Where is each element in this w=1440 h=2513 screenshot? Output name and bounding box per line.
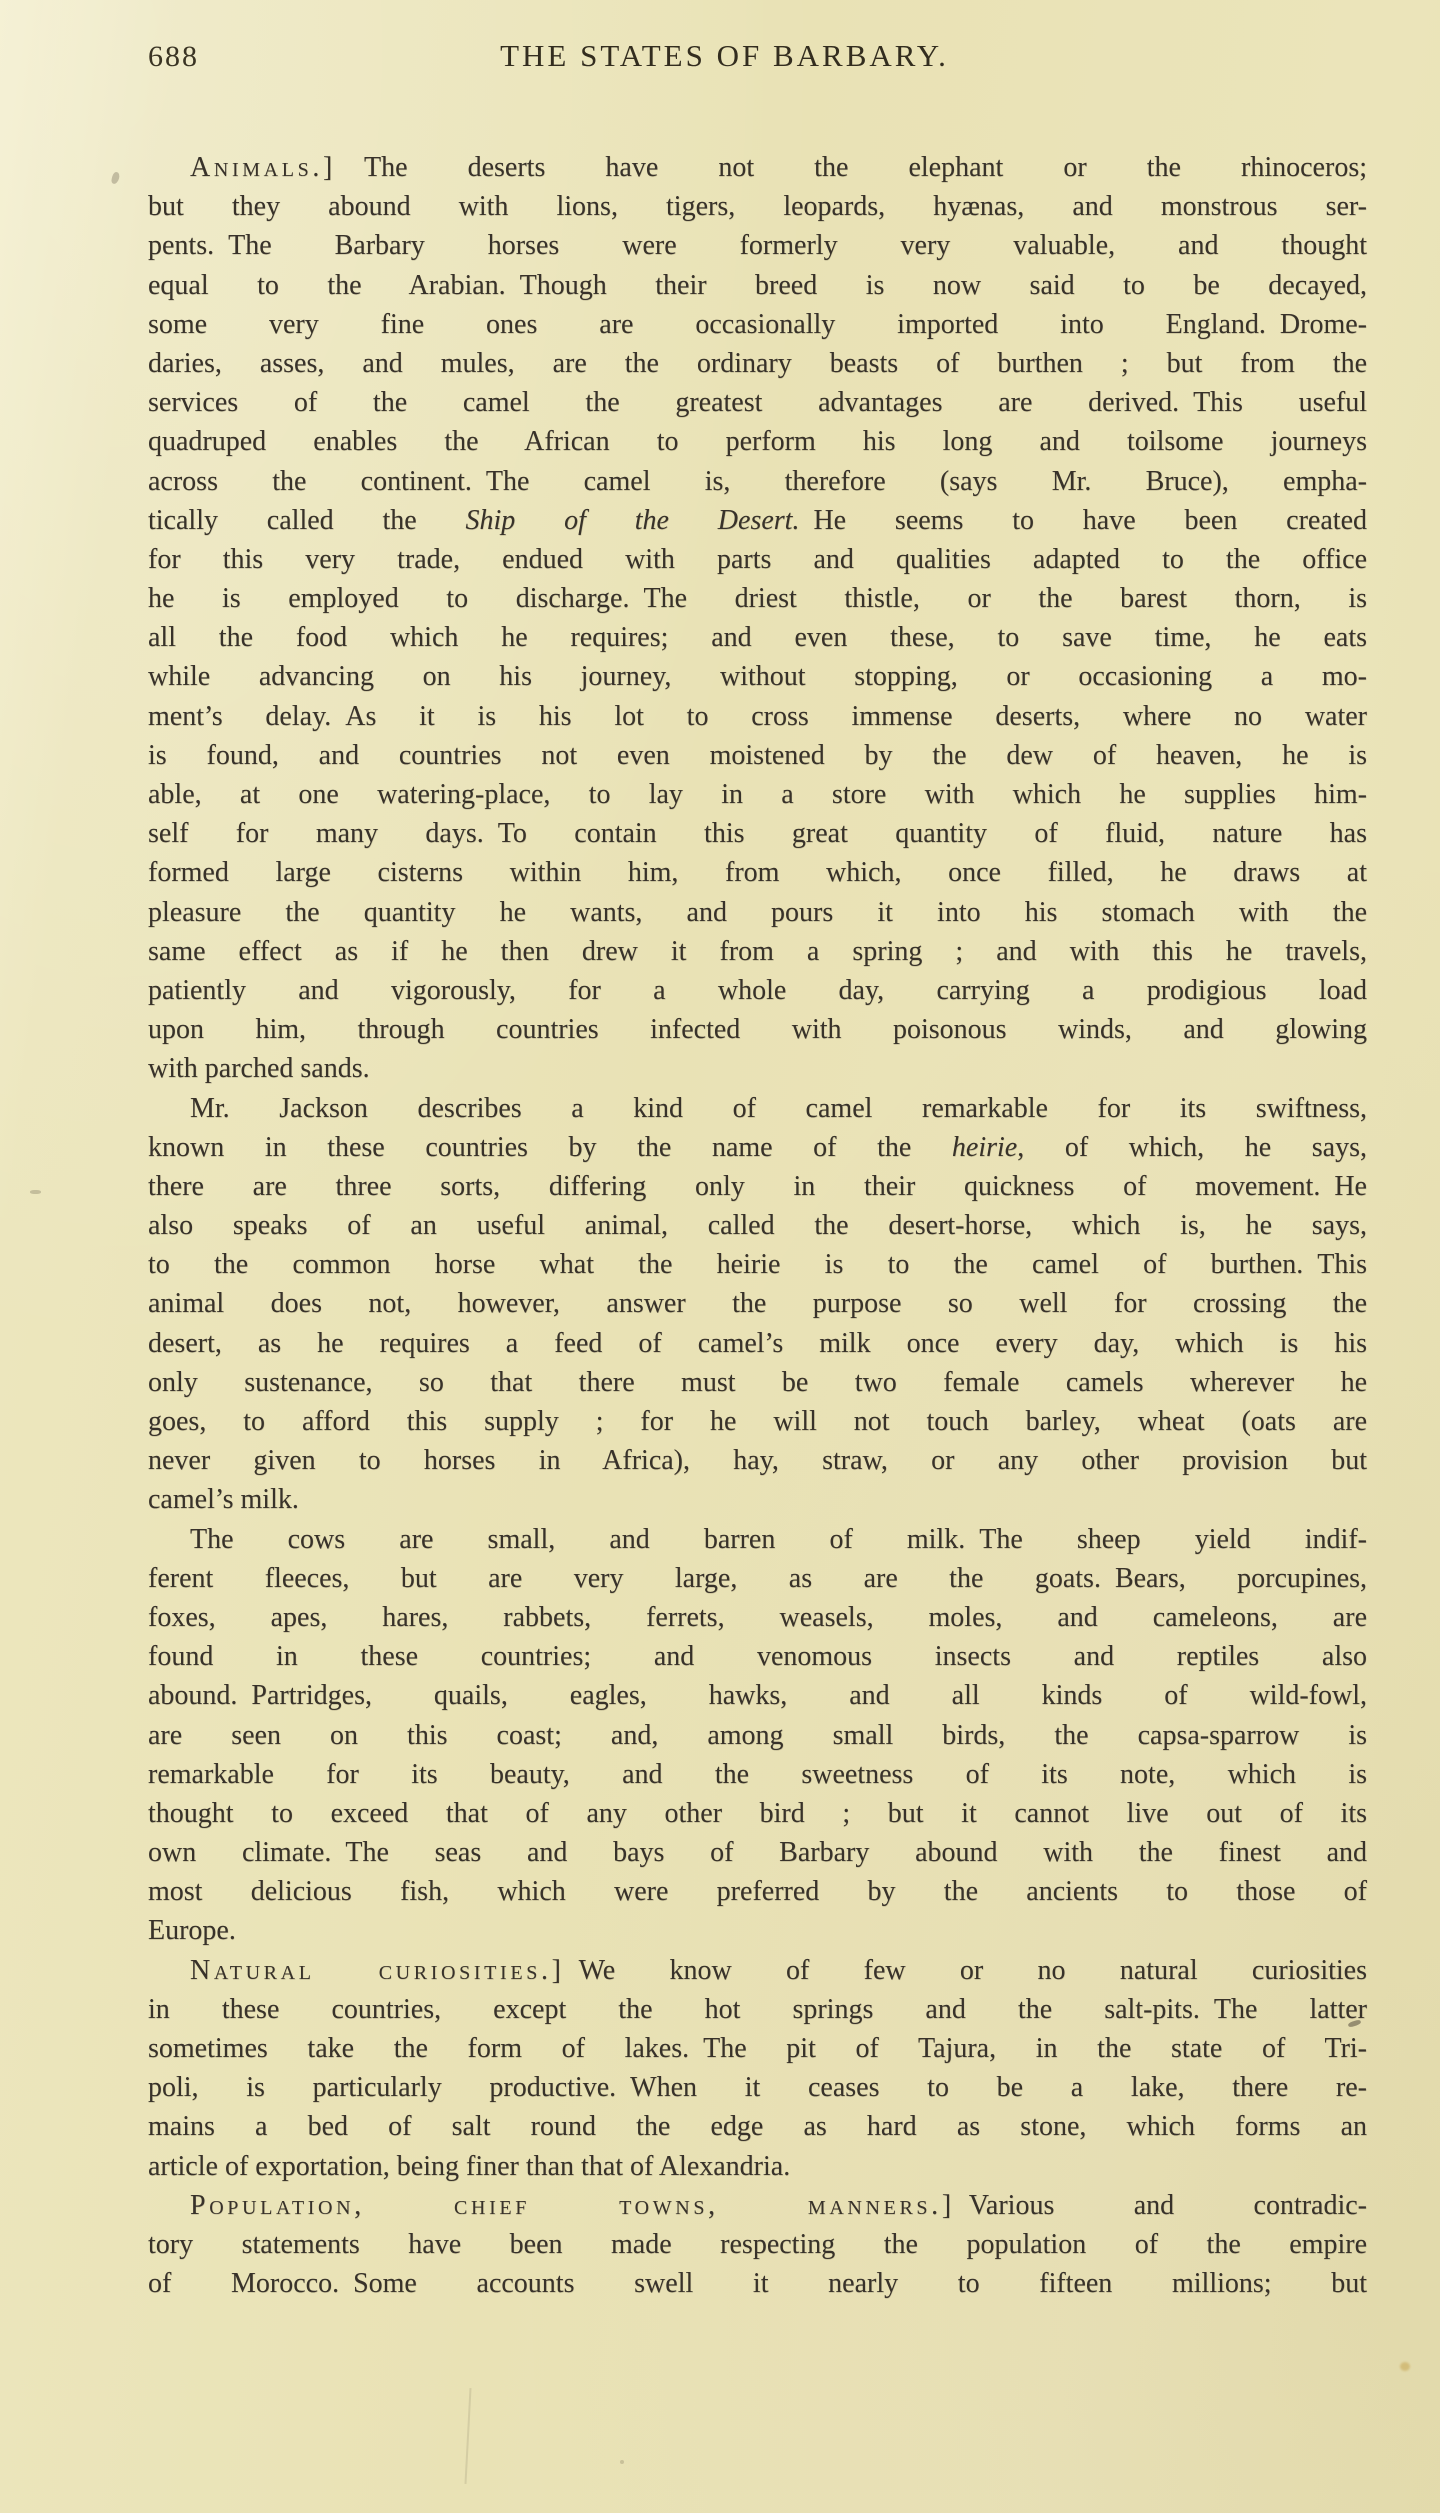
text-line: are seen on this coast; and, among small… — [148, 1716, 1367, 1755]
text-segment: ment’s delay. As it is his lot to cross … — [148, 701, 1367, 732]
text-line: pleasure the quantity he wants, and pour… — [148, 893, 1367, 932]
text-line: to the common horse what the heirie is t… — [148, 1245, 1367, 1284]
text-line: daries, asses, and mules, are the ordina… — [148, 344, 1367, 383]
text-line: in these countries, except the hot sprin… — [148, 1990, 1367, 2029]
running-title: THE STATES OF BARBARY. — [115, 38, 1334, 74]
ink-speck — [620, 2460, 624, 2464]
text-line: never given to horses in Africa), hay, s… — [148, 1441, 1367, 1480]
text-line: own climate. The seas and bays of Barbar… — [148, 1833, 1367, 1872]
text-segment: is found, and countries not even moisten… — [148, 740, 1367, 771]
paragraph-population: Population, chief towns, manners.] Vario… — [148, 2186, 1367, 2304]
text-line: equal to the Arabian. Though their breed… — [148, 266, 1367, 305]
text-segment: Mr. Jackson describes a kind of camel re… — [190, 1093, 1367, 1124]
text-line: found in these countries; and venomous i… — [148, 1637, 1367, 1676]
text-line: desert, as he requires a feed of camel’s… — [148, 1324, 1367, 1363]
text-line: same effect as if he then drew it from a… — [148, 932, 1367, 971]
text-segment: goes, to afford this supply ; for he wil… — [148, 1406, 1367, 1437]
text-segment: but they abound with lions, tigers, leop… — [148, 191, 1367, 222]
paragraph-cows-sheep: The cows are small, and barren of milk. … — [148, 1520, 1367, 1951]
text-segment: own climate. The seas and bays of Barbar… — [148, 1837, 1367, 1868]
text-segment: mains a bed of salt round the edge as ha… — [148, 2111, 1367, 2142]
text-segment: patiently and vigorously, for a whole da… — [148, 975, 1367, 1006]
page-header: 688 THE STATES OF BARBARY. — [0, 38, 1440, 88]
paragraph-animals: Animals.] The deserts have not the eleph… — [148, 148, 1367, 1089]
text-segment: upon him, through countries infected wit… — [148, 1014, 1367, 1045]
text-segment: he is employed to discharge. The driest … — [148, 583, 1367, 614]
text-segment: abound. Partridges, quails, eagles, hawk… — [148, 1680, 1367, 1711]
text-line: goes, to afford this supply ; for he wil… — [148, 1402, 1367, 1441]
text-line: thought to exceed that of any other bird… — [148, 1794, 1367, 1833]
text-segment: tically called the — [148, 505, 466, 536]
text-line: camel’s milk. — [148, 1480, 1367, 1519]
text-segment: same effect as if he then drew it from a… — [148, 936, 1367, 967]
text-segment: for this very trade, endued with parts a… — [148, 544, 1367, 575]
text-line: known in these countries by the name of … — [148, 1128, 1367, 1167]
text-segment: while advancing on his journey, without … — [148, 661, 1367, 692]
text-line: upon him, through countries infected wit… — [148, 1010, 1367, 1049]
text-segment: desert, as he requires a feed of camel’s… — [148, 1328, 1367, 1359]
text-segment: only sustenance, so that there must be t… — [148, 1367, 1367, 1398]
text-segment: found in these countries; and venomous i… — [148, 1641, 1367, 1672]
text-line: for this very trade, endued with parts a… — [148, 540, 1367, 579]
text-line: there are three sorts, differing only in… — [148, 1167, 1367, 1206]
text-segment: with parched sands. — [148, 1053, 370, 1084]
text-segment: are seen on this coast; and, among small… — [148, 1720, 1367, 1751]
text-segment: foxes, apes, hares, rabbets, ferrets, we… — [148, 1602, 1367, 1633]
text-line: The cows are small, and barren of milk. … — [148, 1520, 1367, 1559]
text-segment: most delicious fish, which were preferre… — [148, 1876, 1367, 1907]
text-line: mains a bed of salt round the edge as ha… — [148, 2107, 1367, 2146]
text-line: sometimes take the form of lakes. The pi… — [148, 2029, 1367, 2068]
text-line: abound. Partridges, quails, eagles, hawk… — [148, 1676, 1367, 1715]
text-segment: some very fine ones are occasionally imp… — [148, 309, 1367, 340]
text-segment: across the continent. The camel is, ther… — [148, 466, 1367, 497]
text-line: formed large cisterns within him, from w… — [148, 853, 1367, 892]
text-segment: pleasure the quantity he wants, and pour… — [148, 897, 1367, 928]
section-heading: Population, chief towns, manners.] — [190, 2190, 955, 2221]
text-segment: to the common horse what the heirie is t… — [148, 1249, 1367, 1280]
text-segment: daries, asses, and mules, are the ordina… — [148, 348, 1367, 379]
text-segment: thought to exceed that of any other bird… — [148, 1798, 1367, 1829]
text-line: ment’s delay. As it is his lot to cross … — [148, 697, 1367, 736]
section-heading: Animals.] — [190, 152, 336, 183]
text-line: Natural curiosities.] We know of few or … — [148, 1951, 1367, 1990]
text-segment: also speaks of an useful animal, called … — [148, 1210, 1367, 1241]
text-line: while advancing on his journey, without … — [148, 657, 1367, 696]
text-segment: equal to the Arabian. Though their breed… — [148, 270, 1367, 301]
text-line: quadruped enables the African to perform… — [148, 422, 1367, 461]
text-segment: Europe. — [148, 1915, 236, 1946]
text-line: foxes, apes, hares, rabbets, ferrets, we… — [148, 1598, 1367, 1637]
paper-stain — [1400, 2362, 1410, 2371]
text-line: self for many days. To contain this grea… — [148, 814, 1367, 853]
text-segment: able, at one watering-place, to lay in a… — [148, 779, 1367, 810]
text-segment: sometimes take the form of lakes. The pi… — [148, 2033, 1367, 2064]
text-line: only sustenance, so that there must be t… — [148, 1363, 1367, 1402]
text-segment: ferent fleeces, but are very large, as a… — [148, 1563, 1367, 1594]
text-line: but they abound with lions, tigers, leop… — [148, 187, 1367, 226]
text-line: able, at one watering-place, to lay in a… — [148, 775, 1367, 814]
text-segment: self for many days. To contain this grea… — [148, 818, 1367, 849]
paragraph-natural-curiosities: Natural curiosities.] We know of few or … — [148, 1951, 1367, 2186]
text-line: services of the camel the greatest advan… — [148, 383, 1367, 422]
ink-speck — [30, 1190, 41, 1194]
paragraph-jackson-camel: Mr. Jackson describes a kind of camel re… — [148, 1089, 1367, 1520]
text-line: pents. The Barbary horses were formerly … — [148, 226, 1367, 265]
text-line: also speaks of an useful animal, called … — [148, 1206, 1367, 1245]
text-segment: Various and contradic- — [955, 2190, 1367, 2221]
text-segment: services of the camel the greatest advan… — [148, 387, 1367, 418]
text-segment: never given to horses in Africa), hay, s… — [148, 1445, 1367, 1476]
text-line: most delicious fish, which were preferre… — [148, 1872, 1367, 1911]
text-segment: He seems to have been created — [799, 505, 1367, 536]
text-segment: all the food which he requires; and even… — [148, 622, 1367, 653]
text-segment: article of exportation, being finer than… — [148, 2151, 790, 2182]
text-line: Mr. Jackson describes a kind of camel re… — [148, 1089, 1367, 1128]
text-line: patiently and vigorously, for a whole da… — [148, 971, 1367, 1010]
text-segment: poli, is particularly productive. When i… — [148, 2072, 1367, 2103]
text-line: article of exportation, being finer than… — [148, 2147, 1367, 2186]
text-line: animal does not, however, answer the pur… — [148, 1284, 1367, 1323]
text-line: all the food which he requires; and even… — [148, 618, 1367, 657]
text-line: Animals.] The deserts have not the eleph… — [148, 148, 1367, 187]
text-segment: quadruped enables the African to perform… — [148, 426, 1367, 457]
text-segment: The deserts have not the elephant or the… — [336, 152, 1367, 183]
text-segment: , of which, he says, — [1017, 1132, 1367, 1163]
text-line: some very fine ones are occasionally imp… — [148, 305, 1367, 344]
text-line: tory statements have been made respectin… — [148, 2225, 1367, 2264]
text-segment: Ship of the Desert. — [466, 505, 800, 536]
text-segment: pents. The Barbary horses were formerly … — [148, 230, 1367, 261]
text-line: ferent fleeces, but are very large, as a… — [148, 1559, 1367, 1598]
text-segment: tory statements have been made respectin… — [148, 2229, 1367, 2260]
text-segment: animal does not, however, answer the pur… — [148, 1288, 1367, 1319]
text-segment: known in these countries by the name of … — [148, 1132, 952, 1163]
text-line: with parched sands. — [148, 1049, 1367, 1088]
scanned-book-page: { "page": { "number": "688", "title": "T… — [0, 0, 1440, 2513]
text-segment: remarkable for its beauty, and the sweet… — [148, 1759, 1367, 1790]
text-block: Animals.] The deserts have not the eleph… — [148, 148, 1367, 2303]
text-segment: there are three sorts, differing only in… — [148, 1171, 1367, 1202]
text-line: tically called the Ship of the Desert. H… — [148, 501, 1367, 540]
text-segment: We know of few or no natural curiosities — [565, 1955, 1367, 1986]
text-segment: heirie — [952, 1132, 1017, 1163]
text-segment: in these countries, except the hot sprin… — [148, 1994, 1367, 2025]
text-line: Europe. — [148, 1911, 1367, 1950]
text-line: Population, chief towns, manners.] Vario… — [148, 2186, 1367, 2225]
text-line: remarkable for its beauty, and the sweet… — [148, 1755, 1367, 1794]
text-segment: camel’s milk. — [148, 1484, 299, 1515]
text-segment: formed large cisterns within him, from w… — [148, 857, 1367, 888]
text-line: he is employed to discharge. The driest … — [148, 579, 1367, 618]
text-segment: The cows are small, and barren of milk. … — [190, 1524, 1367, 1555]
text-line: across the continent. The camel is, ther… — [148, 462, 1367, 501]
text-line: poli, is particularly productive. When i… — [148, 2068, 1367, 2107]
section-heading: Natural curiosities.] — [190, 1955, 565, 1986]
text-segment: of Morocco. Some accounts swell it nearl… — [148, 2268, 1367, 2299]
text-line: of Morocco. Some accounts swell it nearl… — [148, 2264, 1367, 2303]
text-line: is found, and countries not even moisten… — [148, 736, 1367, 775]
